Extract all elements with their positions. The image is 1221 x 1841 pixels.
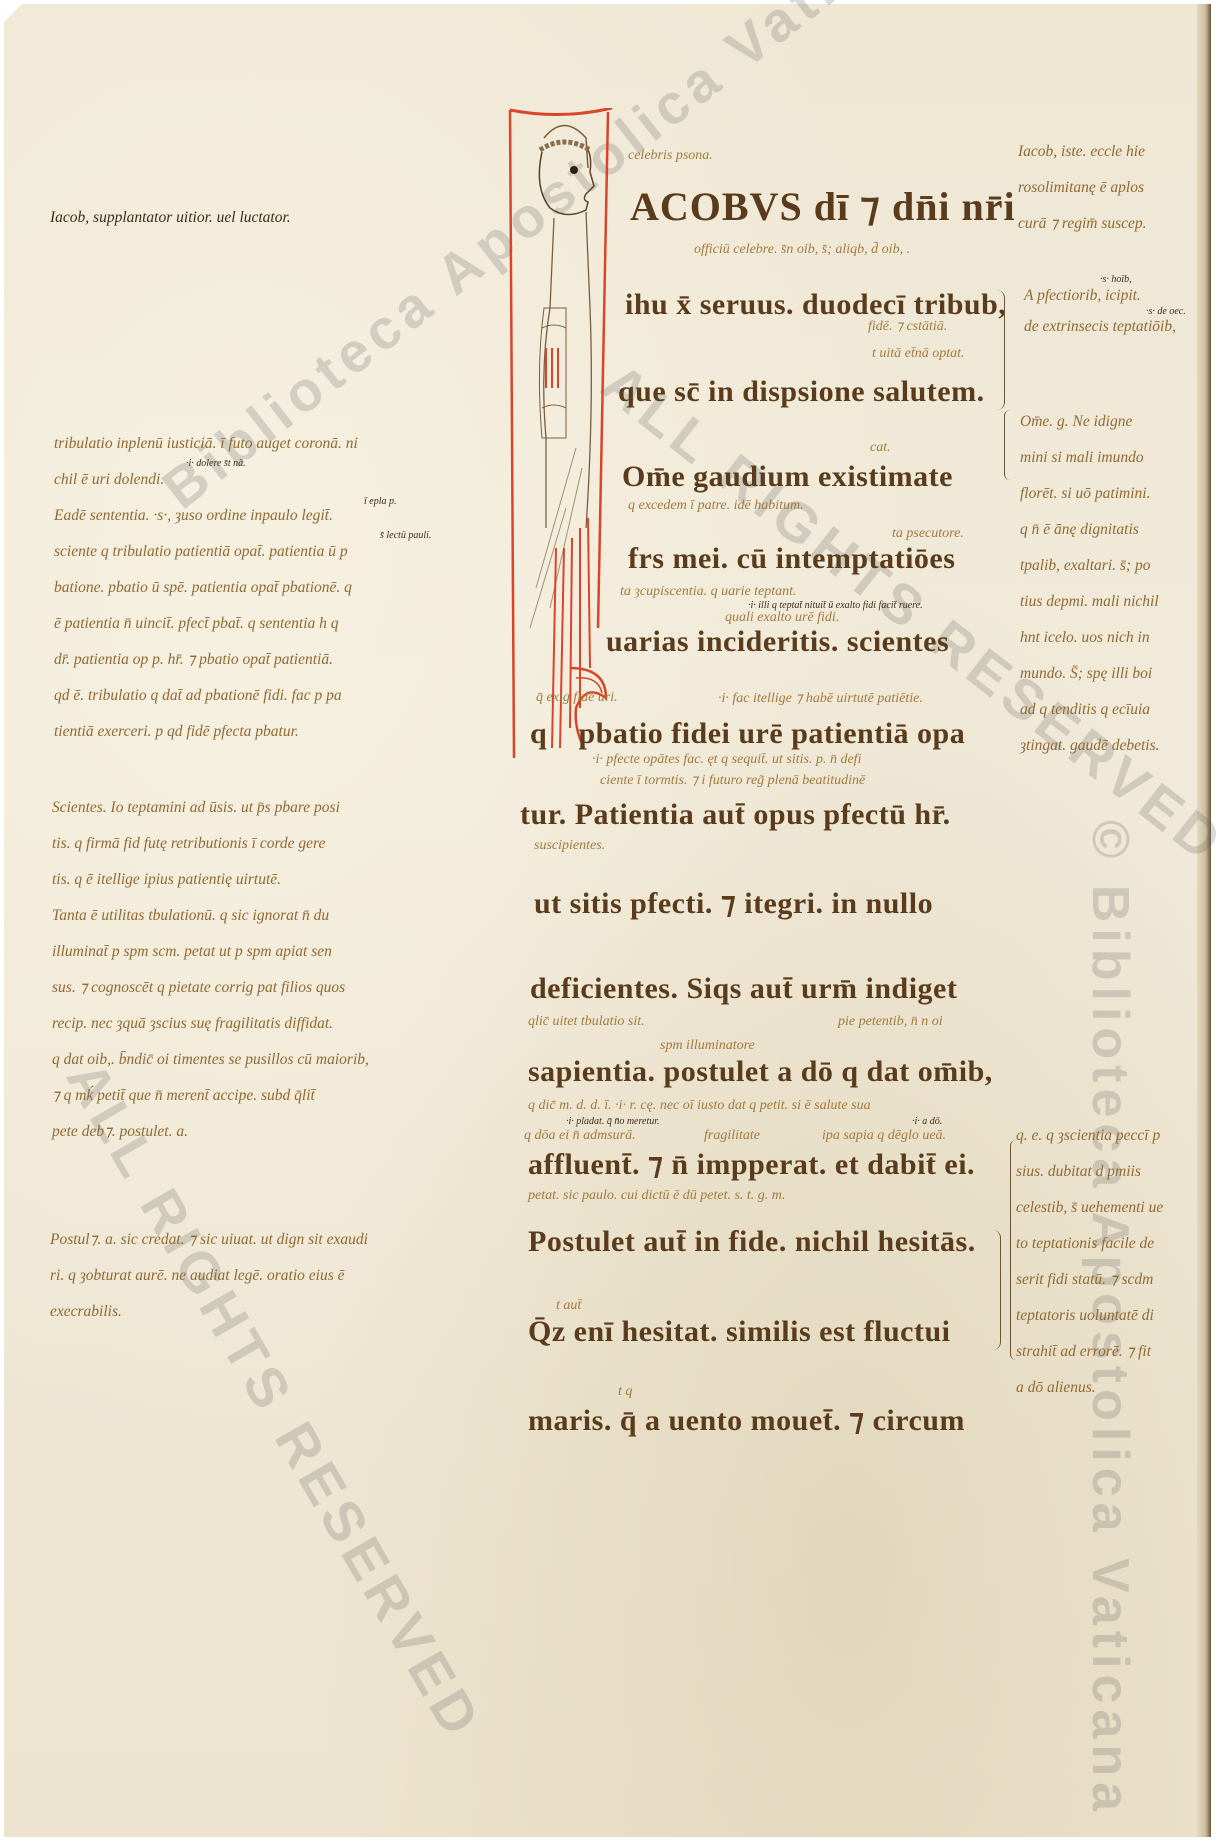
interlinear-gloss: q dōa ei n̄ admsurā. [524,1128,636,1144]
main-text-line: uarias incideritis. scientes [606,625,949,659]
gloss-line: tpalib, exaltari. s̄; po [1020,548,1160,584]
right-margin-gloss-block: Iacob, iste. eccle hie rosolimitanę ē ap… [1018,134,1147,242]
main-text-line: ut sitis pfecti. ⁊ itegri. in nullo [534,886,933,921]
left-margin-gloss: Iacob, supplantator uitior. uel luctator… [50,200,291,236]
interlinear-gloss: qlic̄ uitet tbulatio sit. [528,1014,645,1030]
main-text-line: deficientes. Siqs aut̄ urm̄ indiget [530,972,957,1006]
interlinear-gloss: t uitā et̄nā optat. [872,346,965,362]
interlinear-gloss: quali exalto urē fidi. [725,610,839,626]
right-margin-gloss-block: A pfectiorib, icipit. de extrinsecis tep… [1024,278,1176,340]
interlinear-gloss: cat. [870,440,891,456]
historiated-initial-icon [506,108,616,788]
gloss-line: sius. dubitat d pmiis [1016,1154,1163,1190]
interlinear-gloss: ī epla p. [364,496,397,507]
gloss-line: Postul⁊. a. sic credat. ⁊ sic uiuat. ut … [50,1222,368,1258]
interlinear-gloss: s̄ lectū pauli. [380,530,431,541]
gloss-line: tis. q ē itellige ipius patientię uirtut… [52,862,369,898]
interlinear-gloss: ipa sapia q dēglo ueā. [822,1128,946,1144]
gloss-line: tius depmi. mali nichil [1020,584,1160,620]
gloss-line: curā ⁊ regim̄ suscep. [1018,206,1147,242]
gloss-line: serit fidi statū. ⁊ scdm [1016,1262,1163,1298]
page-edge [1197,4,1211,1837]
right-margin-gloss-block: Om̄e. g. Ne idigne mini si mali imundo f… [1020,404,1160,764]
gloss-line: pete deb⁊. postulet. a. [52,1114,369,1150]
main-text-line: frs mei. cū intemptatiōes [628,542,955,576]
gloss-line: qd ē. tribulatio q dat̄ ad pbationē fidi… [54,678,358,714]
interlinear-gloss: ·i· pladat. q̄ n̄o meretur. [566,1116,660,1127]
main-text-line: ACOBVS dī ⁊ dn̄i nr̄i [630,183,1016,230]
gloss-line: tis. q firmā fid futę retributionis ī co… [52,826,369,862]
main-text-line: maris. q̄ a uento mouet̄. ⁊ circum [528,1403,965,1438]
interlinear-gloss: t aut̄ [556,1298,581,1314]
main-text-line: q᷒ pbatio fidei urē patientiā opa [530,717,965,751]
gloss-line: q dat oib,. b̄ndic̄ oi timentes se pusil… [52,1042,369,1078]
gloss-line: sciente q tribulatio patientiā opat̄. pa… [54,534,358,570]
gloss-line: a dō alienus. [1016,1370,1163,1406]
gloss-line: illuminat̄ p spm scm. petat ut p spm api… [52,934,369,970]
gloss-line: strahit̄ ad errorē. ⁊ fit [1016,1334,1163,1370]
gloss-line: Tanta ē utilitas tbulationū. q sic ignor… [52,898,369,934]
interlinear-gloss: q dic̄ m. d. d. ī. ·i· r. cę. nec oī ius… [528,1098,871,1114]
right-margin-gloss-block: q. e. q ȝscientia peccī p sius. dubitat … [1016,1118,1163,1406]
main-text-line: affluent̄. ⁊ n̄ impperat. et dabit̄ ei. [528,1147,975,1182]
main-text-line: sapientia. postulet a dō q dat om̄ib, [528,1055,993,1089]
gloss-line: q n̄ ē ānę dignitatis [1020,512,1160,548]
gloss-line: tribulatio inplenū iusticiā. ī futo auge… [54,426,358,462]
gloss-bracket [1004,410,1011,480]
gloss-line: celestib, s̄ uehementi ue [1016,1190,1163,1226]
gloss-line: Iacob, iste. eccle hie [1018,134,1147,170]
gloss-bracket [990,1230,1001,1350]
interlinear-gloss: petat. sic paulo. cui dictū ē dū petet. … [528,1188,785,1204]
interlinear-gloss: celebris psona. [628,148,713,164]
gloss-line: Eadē sententia. ·s·, ȝuso ordine inpaulo… [54,498,358,534]
gloss-line: recip. nec ȝquā ȝscius suę fragilitatis … [52,1006,369,1042]
gloss-line: de extrinsecis teptatiōib, [1024,314,1176,340]
interlinear-gloss: q excedem ī patre. idē habitum. [628,498,804,514]
gloss-line: q. e. q ȝscientia peccī p [1016,1118,1163,1154]
gloss-line: ē patientia n̄ uincit̄. pfect̄ pbat̄. q … [54,606,358,642]
gloss-line: teptatoris uoluntatē di [1016,1298,1163,1334]
interlinear-gloss: ta psecutore. [892,526,964,542]
main-text-line: ihu x̄ seruus. duodecī tribub, [625,288,1006,322]
main-text-line: Q̄z enī hesitat. similis est fluctui [528,1315,950,1349]
gloss-line: florēt. si uō patimini. [1020,476,1160,512]
interlinear-gloss: spm illuminatore [660,1038,755,1054]
gloss-line: A pfectiorib, icipit. [1024,278,1176,314]
main-text-line: Om̄e gaudium existimate [622,460,953,494]
gloss-line: to teptationis facile de [1016,1226,1163,1262]
interlinear-gloss: ·i· fac itellige ⁊ habē uirtutē patiētie… [718,690,923,707]
interlinear-gloss: suscipientes. [534,838,605,854]
gloss-line: Scientes. Io teptamini ad ūsis. ut p̄s p… [52,790,369,826]
interlinear-gloss: fidē. ⁊ cstātiā. [868,318,947,335]
gloss-line: execrabilis. [50,1294,368,1330]
left-margin-gloss-block: Scientes. Io teptamini ad ūsis. ut p̄s p… [52,790,369,1150]
gloss-bracket [996,290,1005,410]
interlinear-gloss: ·i· a dō. [912,1116,942,1127]
gloss-line: dr̄. patientia op p. hr̄. ⁊ pbatio opat̄… [54,642,358,678]
gloss-line: hnt icelo. uos nich in [1020,620,1160,656]
interlinear-gloss: pie petentib, n̄ n oi [838,1014,943,1030]
interlinear-gloss: ·i· dolere s̄t nā. [186,458,246,469]
left-margin-gloss-block: Postul⁊. a. sic credat. ⁊ sic uiuat. ut … [50,1222,368,1330]
interlinear-gloss: fragilitate [704,1128,760,1144]
interlinear-gloss: ciente ī tormtis. ⁊ i futuro reg̃ plenā … [600,772,865,789]
gloss-line: sus. ⁊ cognoscēt q pietate corrig pat fi… [52,970,369,1006]
main-text-line: tur. Patientia aut̄ opus pfectū hr̄. [520,798,951,832]
gloss-line: ⁊ q mḱ petit̄ que n̄ merent̄ accipe. sub… [52,1078,369,1114]
gloss-line: mundo. S̄; spę illi boi [1020,656,1160,692]
gloss-line: ȝtingat. gaudē debetis. [1020,728,1160,764]
main-text-line: Postulet aut̄ in fide. nichil hesitās. [528,1225,976,1259]
gloss-line: Om̄e. g. Ne idigne [1020,404,1160,440]
gloss-line: ad q tenditis q ecīuia [1020,692,1160,728]
main-text-line: que sc̄ in dispsione salutem. [618,375,985,409]
interlinear-gloss: ta ȝcupiscentia. q uarie teptant. [620,584,797,600]
interlinear-gloss: q̄ exig fidē uri. [536,690,618,706]
gloss-line: rosolimitanę ē aplos [1018,170,1147,206]
interlinear-gloss: t q [618,1384,632,1400]
interlinear-gloss: ·i· pfecte opātes fac. ęt q sequit̄. ut … [592,752,861,768]
interlinear-gloss: officiū celebre. s̄n oib, s̄; aliqb, d̄ … [694,242,910,258]
gloss-line: mini si mali imundo [1020,440,1160,476]
gloss-line: tientiā exerceri. p qd fidē pfecta pbatu… [54,714,358,750]
left-margin-gloss-block: tribulatio inplenū iusticiā. ī futo auge… [54,426,358,750]
gloss-line: batione. pbatio ū spē. patientia opat̄ p… [54,570,358,606]
gloss-line: ri. q ȝobturat aurē. ne audiat legē. ora… [50,1258,368,1294]
